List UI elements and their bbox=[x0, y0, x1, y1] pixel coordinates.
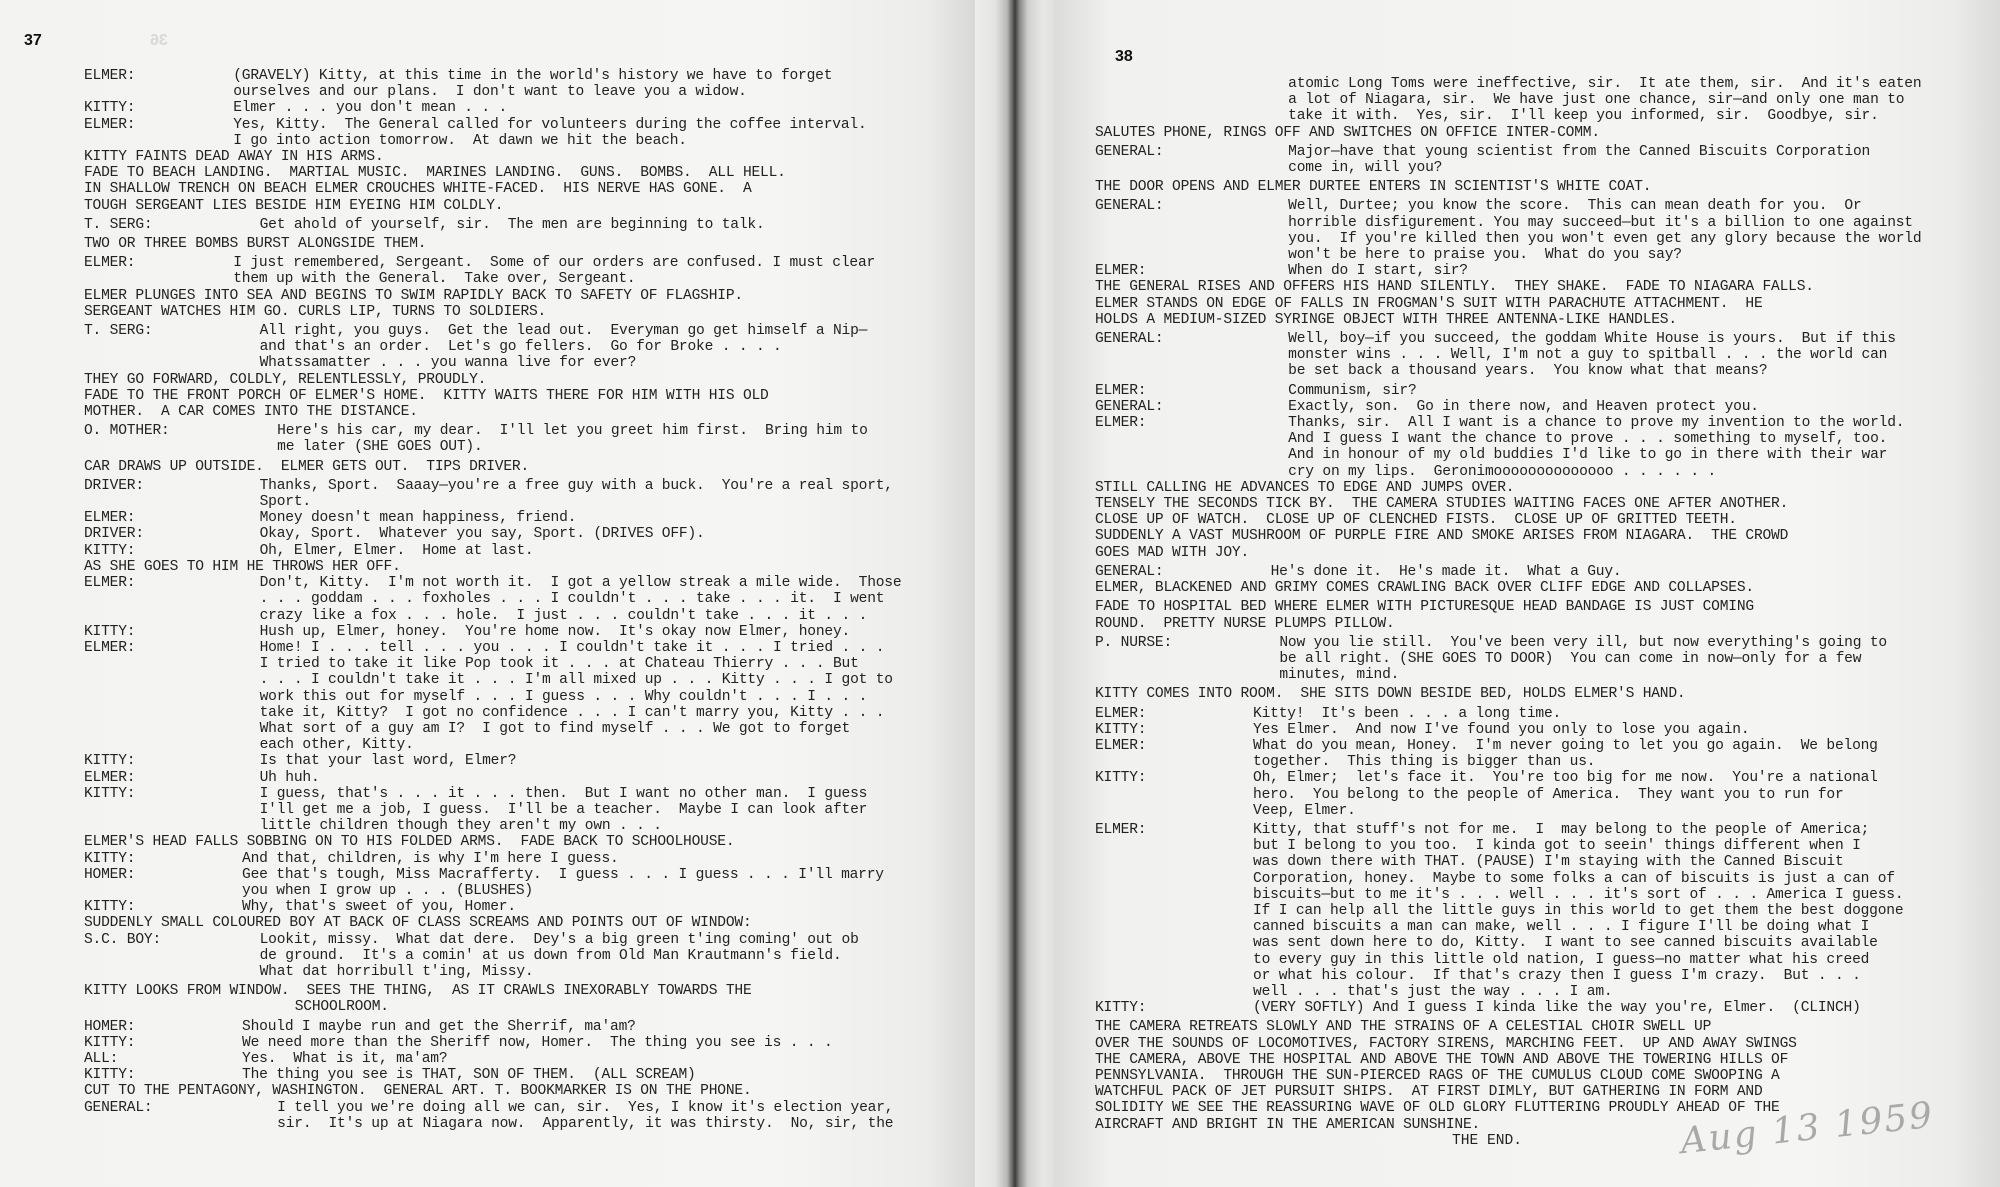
text-line: TENSELY THE SECONDS TICK BY. THE CAMERA … bbox=[1095, 496, 1975, 512]
dialog-line: ourselves and our plans. I don't want to… bbox=[233, 84, 746, 100]
stage-direction: CAR DRAWS UP OUTSIDE. ELMER GETS OUT. TI… bbox=[84, 459, 964, 475]
speaker-name: O. MOTHER: bbox=[84, 423, 277, 439]
dialog-line: I tell you we're doing all we can, sir. … bbox=[277, 1100, 893, 1116]
dialog-line: each other, Kitty. bbox=[260, 737, 414, 753]
text-line: TWO OR THREE BOMBS BURST ALONGSIDE THEM. bbox=[84, 236, 964, 252]
stage-direction: TENSELY THE SECONDS TICK BY. THE CAMERA … bbox=[1095, 496, 1975, 561]
speaker-name: KITTY: bbox=[84, 543, 260, 559]
speaker-name: ELMER: bbox=[84, 510, 260, 526]
text-line: THE DOOR OPENS AND ELMER DURTEE ENTERS I… bbox=[1095, 179, 1975, 195]
dialog-line: (GRAVELY) Kitty, at this time in the wor… bbox=[233, 68, 832, 84]
stage-direction: FADE TO BEACH LANDING. MARTIAL MUSIC. MA… bbox=[84, 165, 964, 214]
stage-direction: ELMER, BLACKENED AND GRIMY COMES CRAWLIN… bbox=[1095, 580, 1975, 596]
speaker-name: GENERAL: bbox=[1095, 399, 1288, 415]
dialog-block: DRIVER:Thanks, Sport. Saaay—you're a fre… bbox=[84, 478, 964, 510]
dialog-line: minutes, mind. bbox=[1279, 667, 1399, 683]
speaker-name: ELMER: bbox=[84, 117, 233, 133]
dialog-block: ELMER:Communism, sir? bbox=[1095, 383, 1975, 399]
dialog-line: He's done it. He's made it. What a Guy. bbox=[1271, 564, 1622, 580]
text-line: THEY GO FORWARD, COLDLY, RELENTLESSLY, P… bbox=[84, 372, 964, 388]
dialog-block: ELMER:Uh huh. bbox=[84, 770, 964, 786]
stage-direction: CUT TO THE PENTAGONY, WASHINGTON. GENERA… bbox=[84, 1083, 964, 1099]
dialog-block: ELMER:Thanks, sir. All I want is a chanc… bbox=[1095, 415, 1975, 480]
stage-direction: SALUTES PHONE, RINGS OFF AND SWITCHES ON… bbox=[1095, 125, 1975, 141]
text-line: CAR DRAWS UP OUTSIDE. ELMER GETS OUT. TI… bbox=[84, 459, 964, 475]
dialog-block: GENERAL:Well, boy—if you succeed, the go… bbox=[1095, 331, 1975, 380]
text-line: ELMER'S HEAD FALLS SOBBING ON TO HIS FOL… bbox=[84, 834, 964, 850]
dialog-block: HOMER:Gee that's tough, Miss Macrafferty… bbox=[84, 867, 964, 899]
stage-direction: ELMER'S HEAD FALLS SOBBING ON TO HIS FOL… bbox=[84, 834, 964, 850]
dialog-line: was down there with THAT. (PAUSE) I'm st… bbox=[1253, 854, 1843, 870]
dialog-line: Corporation, honey. Maybe to some folks … bbox=[1253, 871, 1895, 887]
dialog-line: hero. You belong to the people of Americ… bbox=[1253, 787, 1843, 803]
speaker-name: P. NURSE: bbox=[1095, 635, 1279, 651]
dialog-block: O. MOTHER:Here's his car, my dear. I'll … bbox=[84, 423, 964, 455]
text-line: CUT TO THE PENTAGONY, WASHINGTON. GENERA… bbox=[84, 1083, 964, 1099]
stage-direction: SUDDENLY SMALL COLOURED BOY AT BACK OF C… bbox=[84, 915, 964, 931]
dialog-line: be all right. (SHE GOES TO DOOR) You can… bbox=[1279, 651, 1861, 667]
dialog-line: Yes, Kitty. The General called for volun… bbox=[233, 117, 866, 133]
speaker-name: ELMER: bbox=[84, 68, 233, 84]
speaker-name: DRIVER: bbox=[84, 526, 260, 542]
text-line: ROUND. PRETTY NURSE PLUMPS PILLOW. bbox=[1095, 616, 1975, 632]
dialog-block: GENERAL:Major—have that young scientist … bbox=[1095, 144, 1975, 176]
dialog-block: ELMER:Money doesn't mean happiness, frie… bbox=[84, 510, 964, 526]
text-line: ELMER STANDS ON EDGE OF FALLS IN FROGMAN… bbox=[1095, 296, 1975, 312]
dialog-line: Lookit, missy. What dat dere. Dey's a bi… bbox=[260, 932, 859, 948]
text-line: AS SHE GOES TO HIM HE THROWS HER OFF. bbox=[84, 559, 964, 575]
dialog-line: be set back a thousand years. You know w… bbox=[1288, 363, 1767, 379]
speaker-name: KITTY: bbox=[84, 100, 233, 116]
dialog-block: KITTY:Is that your last word, Elmer? bbox=[84, 753, 964, 769]
text-line: TOUGH SERGEANT LIES BESIDE HIM EYEING HI… bbox=[84, 198, 964, 214]
dialog-line: Sport. bbox=[260, 494, 311, 510]
dialog-line: you when I grow up . . . (BLUSHES) bbox=[242, 883, 533, 899]
text-line: KITTY COMES INTO ROOM. SHE SITS DOWN BES… bbox=[1095, 686, 1975, 702]
dialog-line: And I guess I want the chance to prove .… bbox=[1288, 431, 1887, 447]
dialog-line: Thanks, sir. All I want is a chance to p… bbox=[1288, 415, 1904, 431]
dialog-line: them up with the General. Take over, Ser… bbox=[233, 271, 635, 287]
text-line: SUDDENLY SMALL COLOURED BOY AT BACK OF C… bbox=[84, 915, 964, 931]
dialog-line: Well, Durtee; you know the score. This c… bbox=[1288, 198, 1861, 214]
text-line: atomic Long Toms were ineffective, sir. … bbox=[1095, 76, 1975, 92]
speaker-name: ELMER: bbox=[84, 255, 233, 271]
dialog-line: I tried to take it like Pop took it . . … bbox=[260, 656, 859, 672]
speaker-name: KITTY: bbox=[84, 753, 260, 769]
dialog-line: Okay, Sport. Whatever you say, Sport. (D… bbox=[260, 526, 705, 542]
dialog-line: Whatssamatter . . . you wanna live for e… bbox=[260, 355, 637, 371]
speaker-name: DRIVER: bbox=[84, 478, 260, 494]
script-text: ELMER:(GRAVELY) Kitty, at this time in t… bbox=[84, 68, 964, 1132]
dialog-line: What dat horribull t'ing, Missy. bbox=[260, 964, 534, 980]
speaker-name: KITTY: bbox=[84, 624, 260, 640]
dialog-block: S.C. BOY:Lookit, missy. What dat dere. D… bbox=[84, 932, 964, 981]
dialog-line: little children though they aren't my ow… bbox=[260, 818, 662, 834]
dialog-line: horrible disfigurement. You may succeed—… bbox=[1288, 215, 1913, 231]
dialog-line: . . . goddam . . . foxholes . . . I coul… bbox=[260, 591, 885, 607]
dialog-line: but I belong to you too. I kinda got to … bbox=[1253, 838, 1861, 854]
dialog-block: KITTY:Oh, Elmer, Elmer. Home at last. bbox=[84, 543, 964, 559]
stage-direction: TWO OR THREE BOMBS BURST ALONGSIDE THEM. bbox=[84, 236, 964, 252]
dialog-line: sir. It's up at Niagara now. Apparently,… bbox=[277, 1116, 893, 1132]
text-line: PENNSYLVANIA. THROUGH THE SUN-PIERCED RA… bbox=[1095, 1068, 1975, 1084]
dialog-block: GENERAL:Exactly, son. Go in there now, a… bbox=[1095, 399, 1975, 415]
dialog-block: ELMER:I just remembered, Sergeant. Some … bbox=[84, 255, 964, 287]
book-spine bbox=[975, 0, 1055, 1187]
text-line: OVER THE SOUNDS OF LOCOMOTIVES, FACTORY … bbox=[1095, 1036, 1975, 1052]
speaker-name: HOMER: bbox=[84, 1019, 242, 1035]
stage-direction: KITTY COMES INTO ROOM. SHE SITS DOWN BES… bbox=[1095, 686, 1975, 702]
stage-direction: ELMER PLUNGES INTO SEA AND BEGINS TO SWI… bbox=[84, 288, 964, 320]
dialog-line: and that's an order. Let's go fellers. G… bbox=[260, 339, 782, 355]
stage-direction: THE GENERAL RISES AND OFFERS HIS HAND SI… bbox=[1095, 279, 1975, 328]
text-line: SALUTES PHONE, RINGS OFF AND SWITCHES ON… bbox=[1095, 125, 1975, 141]
dialog-line: Oh, Elmer; let's face it. You're too big… bbox=[1253, 770, 1878, 786]
dialog-line: I go into action tomorrow. At dawn we hi… bbox=[233, 133, 687, 149]
dialog-line: Kitty, that stuff's not for me. I may be… bbox=[1253, 822, 1869, 838]
stage-direction: KITTY FAINTS DEAD AWAY IN HIS ARMS. bbox=[84, 149, 964, 165]
dialog-line: me later (SHE GOES OUT). bbox=[277, 439, 482, 455]
dialog-line: Kitty! It's been . . . a long time. bbox=[1253, 706, 1561, 722]
dialog-line: you. If you're killed then you won't eve… bbox=[1288, 231, 1921, 247]
left-page: 36 37 ELMER:(GRAVELY) Kitty, at this tim… bbox=[0, 0, 975, 1187]
speaker-name: HOMER: bbox=[84, 867, 242, 883]
dialog-line: Why, that's sweet of you, Homer. bbox=[242, 899, 516, 915]
dialog-line: Hush up, Elmer, honey. You're home now. … bbox=[260, 624, 850, 640]
dialog-line: Exactly, son. Go in there now, and Heave… bbox=[1288, 399, 1759, 415]
text-line: THE CAMERA, ABOVE THE HOSPITAL AND ABOVE… bbox=[1095, 1052, 1975, 1068]
text-line: HOLDS A MEDIUM-SIZED SYRINGE OBJECT WITH… bbox=[1095, 312, 1975, 328]
speaker-name: S.C. BOY: bbox=[84, 932, 260, 948]
text-line: KITTY LOOKS FROM WINDOW. SEES THE THING,… bbox=[84, 983, 964, 999]
stage-direction: THEY GO FORWARD, COLDLY, RELENTLESSLY, P… bbox=[84, 372, 964, 388]
dialog-line: cry on my lips. Geronimoooooooooooooo . … bbox=[1288, 464, 1716, 480]
speaker-name: KITTY: bbox=[84, 1067, 242, 1083]
text-line: SUDDENLY A VAST MUSHROOM OF PURPLE FIRE … bbox=[1095, 528, 1975, 544]
dialog-line: I guess, that's . . . it . . . then. But… bbox=[260, 786, 868, 802]
dialog-block: KITTY:And that, children, is why I'm her… bbox=[84, 851, 964, 867]
text-line: IN SHALLOW TRENCH ON BEACH ELMER CROUCHE… bbox=[84, 181, 964, 197]
dialog-line: together. This thing is bigger than us. bbox=[1253, 754, 1595, 770]
dialog-line: Home! I . . . tell . . . you . . . I cou… bbox=[260, 640, 885, 656]
dialog-block: ELMER:(GRAVELY) Kitty, at this time in t… bbox=[84, 68, 964, 100]
dialog-line: Well, boy—if you succeed, the goddam Whi… bbox=[1288, 331, 1896, 347]
speaker-name: GENERAL: bbox=[1095, 144, 1288, 160]
dialog-line: was sent down here to do, Kitty. I want … bbox=[1253, 935, 1878, 951]
dialog-line: And in honour of my old buddies I'd like… bbox=[1288, 447, 1887, 463]
dialog-line: Oh, Elmer, Elmer. Home at last. bbox=[260, 543, 534, 559]
dialog-block: DRIVER:Okay, Sport. Whatever you say, Sp… bbox=[84, 526, 964, 542]
dialog-block: HOMER:Should I maybe run and get the She… bbox=[84, 1019, 964, 1035]
dialog-block: KITTY:Elmer . . . you don't mean . . . bbox=[84, 100, 964, 116]
speaker-name: ALL: bbox=[84, 1051, 242, 1067]
dialog-line: Get ahold of yourself, sir. The men are … bbox=[260, 217, 765, 233]
text-line: SCHOOLROOM. bbox=[84, 999, 964, 1015]
dialog-block: KITTY:(VERY SOFTLY) And I guess I kinda … bbox=[1095, 1000, 1975, 1016]
dialog-line: Elmer . . . you don't mean . . . bbox=[233, 100, 507, 116]
dialog-block: KITTY:I guess, that's . . . it . . . the… bbox=[84, 786, 964, 835]
dialog-line: to every guy in this little old nation, … bbox=[1253, 952, 1869, 968]
speaker-name: ELMER: bbox=[84, 640, 260, 656]
dialog-line: monster wins . . . Well, I'm not a guy t… bbox=[1288, 347, 1887, 363]
dialog-line: Here's his car, my dear. I'll let you gr… bbox=[277, 423, 867, 439]
dialog-block: KITTY:The thing you see is THAT, SON OF … bbox=[84, 1067, 964, 1083]
dialog-block: KITTY:Why, that's sweet of you, Homer. bbox=[84, 899, 964, 915]
speaker-name: ELMER: bbox=[1095, 738, 1253, 754]
text-line: ELMER PLUNGES INTO SEA AND BEGINS TO SWI… bbox=[84, 288, 964, 304]
dialog-line: When do I start, sir? bbox=[1288, 263, 1468, 279]
dialog-block: P. NURSE:Now you lie still. You've been … bbox=[1095, 635, 1975, 684]
text-line: CLOSE UP OF WATCH. CLOSE UP OF CLENCHED … bbox=[1095, 512, 1975, 528]
dialog-line: take it, Kitty? I got no confidence . . … bbox=[260, 705, 885, 721]
dialog-block: ELMER:Don't, Kitty. I'm not worth it. I … bbox=[84, 575, 964, 624]
stage-direction: THE DOOR OPENS AND ELMER DURTEE ENTERS I… bbox=[1095, 179, 1975, 195]
stage-direction: STILL CALLING HE ADVANCES TO EDGE AND JU… bbox=[1095, 480, 1975, 496]
page-number: 37 bbox=[24, 32, 42, 50]
dialog-block: KITTY:We need more than the Sheriff now,… bbox=[84, 1035, 964, 1051]
speaker-name: KITTY: bbox=[1095, 722, 1253, 738]
speaker-name: T. SERG: bbox=[84, 217, 260, 233]
bleed-through-page-number: 36 bbox=[150, 32, 168, 50]
script-text: atomic Long Toms were ineffective, sir. … bbox=[1095, 76, 1975, 1133]
text-line: THE GENERAL RISES AND OFFERS HIS HAND SI… bbox=[1095, 279, 1975, 295]
dialog-line: Should I maybe run and get the Sherrif, … bbox=[242, 1019, 636, 1035]
dialog-line: What do you mean, Honey. I'm never going… bbox=[1253, 738, 1878, 754]
dialog-line: Yes. What is it, ma'am? bbox=[242, 1051, 447, 1067]
text-line: STILL CALLING HE ADVANCES TO EDGE AND JU… bbox=[1095, 480, 1975, 496]
dialog-block: ELMER:When do I start, sir? bbox=[1095, 263, 1975, 279]
dialog-line: I just remembered, Sergeant. Some of our… bbox=[233, 255, 875, 271]
dialog-block: T. SERG:Get ahold of yourself, sir. The … bbox=[84, 217, 964, 233]
speaker-name: ELMER: bbox=[1095, 822, 1253, 838]
text-line: a lot of Niagara, sir. We have just one … bbox=[1095, 92, 1975, 108]
dialog-line: Veep, Elmer. bbox=[1253, 803, 1356, 819]
text-line: KITTY FAINTS DEAD AWAY IN HIS ARMS. bbox=[84, 149, 964, 165]
dialog-line: Major—have that young scientist from the… bbox=[1288, 144, 1870, 160]
stage-direction: AS SHE GOES TO HIM HE THROWS HER OFF. bbox=[84, 559, 964, 575]
dialog-block: T. SERG:All right, you guys. Get the lea… bbox=[84, 323, 964, 372]
dialog-line: Money doesn't mean happiness, friend. bbox=[260, 510, 577, 526]
dialog-line: Thanks, Sport. Saaay—you're a free guy w… bbox=[260, 478, 893, 494]
dialog-line: (VERY SOFTLY) And I guess I kinda like t… bbox=[1253, 1000, 1861, 1016]
speaker-name: GENERAL: bbox=[1095, 564, 1271, 580]
dialog-line: de ground. It's a comin' at us down from… bbox=[260, 948, 842, 964]
speaker-name: T. SERG: bbox=[84, 323, 260, 339]
dialog-line: The thing you see is THAT, SON OF THEM. … bbox=[242, 1067, 696, 1083]
dialog-line: Now you lie still. You've been very ill,… bbox=[1279, 635, 1887, 651]
dialog-line: Don't, Kitty. I'm not worth it. I got a … bbox=[260, 575, 902, 591]
dialog-line: well . . . that's just the way . . . I a… bbox=[1253, 984, 1612, 1000]
dialog-line: Uh huh. bbox=[260, 770, 320, 786]
speaker-name: KITTY: bbox=[84, 851, 242, 867]
speaker-name: KITTY: bbox=[1095, 770, 1253, 786]
dialog-line: We need more than the Sheriff now, Homer… bbox=[242, 1035, 832, 1051]
dialog-line: . . . I couldn't take it . . . I'm all m… bbox=[260, 672, 893, 688]
dialog-line: Gee that's tough, Miss Macrafferty. I gu… bbox=[242, 867, 884, 883]
speaker-name: ELMER: bbox=[84, 770, 260, 786]
dialog-block: KITTY:Yes Elmer. And now I've found you … bbox=[1095, 722, 1975, 738]
text-line: FADE TO THE FRONT PORCH OF ELMER'S HOME.… bbox=[84, 388, 964, 404]
dialog-block: ELMER:What do you mean, Honey. I'm never… bbox=[1095, 738, 1975, 770]
dialog-block: ALL:Yes. What is it, ma'am? bbox=[84, 1051, 964, 1067]
dialog-block: GENERAL:I tell you we're doing all we ca… bbox=[84, 1100, 964, 1132]
speaker-name: ELMER: bbox=[1095, 263, 1288, 279]
speaker-name: KITTY: bbox=[84, 1035, 242, 1051]
dialog-block: ELMER:Home! I . . . tell . . . you . . .… bbox=[84, 640, 964, 753]
speaker-name: GENERAL: bbox=[1095, 331, 1288, 347]
dialog-line: won't be here to praise you. What do you… bbox=[1288, 247, 1682, 263]
dialog-line: crazy like a fox . . . hole. I just . . … bbox=[260, 608, 868, 624]
dialog-line: Yes Elmer. And now I've found you only t… bbox=[1253, 722, 1749, 738]
dialog-block: ELMER:Yes, Kitty. The General called for… bbox=[84, 117, 964, 149]
text-line: SERGEANT WATCHES HIM GO. CURLS LIP, TURN… bbox=[84, 304, 964, 320]
speaker-name: ELMER: bbox=[84, 575, 260, 591]
speaker-name: KITTY: bbox=[84, 786, 260, 802]
stage-direction: FADE TO HOSPITAL BED WHERE ELMER WITH PI… bbox=[1095, 599, 1975, 631]
dialog-line: Is that your last word, Elmer? bbox=[260, 753, 517, 769]
dialog-block: ELMER:Kitty! It's been . . . a long time… bbox=[1095, 706, 1975, 722]
speaker-name: ELMER: bbox=[1095, 383, 1288, 399]
speaker-name: ELMER: bbox=[1095, 415, 1288, 431]
dialog-line: I'll get me a job, I guess. I'll be a te… bbox=[260, 802, 868, 818]
speaker-name: GENERAL: bbox=[1095, 198, 1288, 214]
the-end-label: THE END. bbox=[1452, 1133, 1522, 1149]
dialog-line: All right, you guys. Get the lead out. E… bbox=[260, 323, 868, 339]
page-number: 38 bbox=[1115, 48, 1133, 66]
dialog-block: KITTY:Oh, Elmer; let's face it. You're t… bbox=[1095, 770, 1975, 819]
dialog-line: What sort of a guy am I? I got to find m… bbox=[260, 721, 850, 737]
dialog-line: Communism, sir? bbox=[1288, 383, 1416, 399]
stage-direction: KITTY LOOKS FROM WINDOW. SEES THE THING,… bbox=[84, 983, 964, 1015]
dialog-line: or what his colour. If that's crazy then… bbox=[1253, 968, 1861, 984]
dialog-block: GENERAL:Well, Durtee; you know the score… bbox=[1095, 198, 1975, 263]
stage-direction: FADE TO THE FRONT PORCH OF ELMER'S HOME.… bbox=[84, 388, 964, 420]
speaker-name: KITTY: bbox=[84, 899, 242, 915]
text-line: THE CAMERA RETREATS SLOWLY AND THE STRAI… bbox=[1095, 1019, 1975, 1035]
dialog-line: biscuits—but to me it's . . . well . . .… bbox=[1253, 887, 1903, 903]
text-line: WATCHFUL PACK OF JET PURSUIT SHIPS. AT F… bbox=[1095, 1084, 1975, 1100]
text-line: take it with. Yes, sir. I'll keep you in… bbox=[1095, 108, 1975, 124]
dialog-block: GENERAL:He's done it. He's made it. What… bbox=[1095, 564, 1975, 580]
dialog-block: ELMER:Kitty, that stuff's not for me. I … bbox=[1095, 822, 1975, 1000]
speaker-name: KITTY: bbox=[1095, 1000, 1253, 1016]
dialog-line: And that, children, is why I'm here I gu… bbox=[242, 851, 619, 867]
text-line: GOES MAD WITH JOY. bbox=[1095, 545, 1975, 561]
text-line: FADE TO HOSPITAL BED WHERE ELMER WITH PI… bbox=[1095, 599, 1975, 615]
text-line: MOTHER. A CAR COMES INTO THE DISTANCE. bbox=[84, 404, 964, 420]
text-line: FADE TO BEACH LANDING. MARTIAL MUSIC. MA… bbox=[84, 165, 964, 181]
right-page: 38 atomic Long Toms were ineffective, si… bbox=[1055, 0, 2000, 1187]
dialog-line: canned biscuits a man can make, well . .… bbox=[1253, 919, 1869, 935]
text-line: ELMER, BLACKENED AND GRIMY COMES CRAWLIN… bbox=[1095, 580, 1975, 596]
dialog-line: If I can help all the little guys in thi… bbox=[1253, 903, 1903, 919]
continued-dialog: atomic Long Toms were ineffective, sir. … bbox=[1095, 76, 1975, 125]
dialog-line: work this out for myself . . . I guess .… bbox=[260, 689, 868, 705]
dialog-line: come in, will you? bbox=[1288, 160, 1442, 176]
speaker-name: ELMER: bbox=[1095, 706, 1253, 722]
dialog-block: KITTY:Hush up, Elmer, honey. You're home… bbox=[84, 624, 964, 640]
speaker-name: GENERAL: bbox=[84, 1100, 277, 1116]
